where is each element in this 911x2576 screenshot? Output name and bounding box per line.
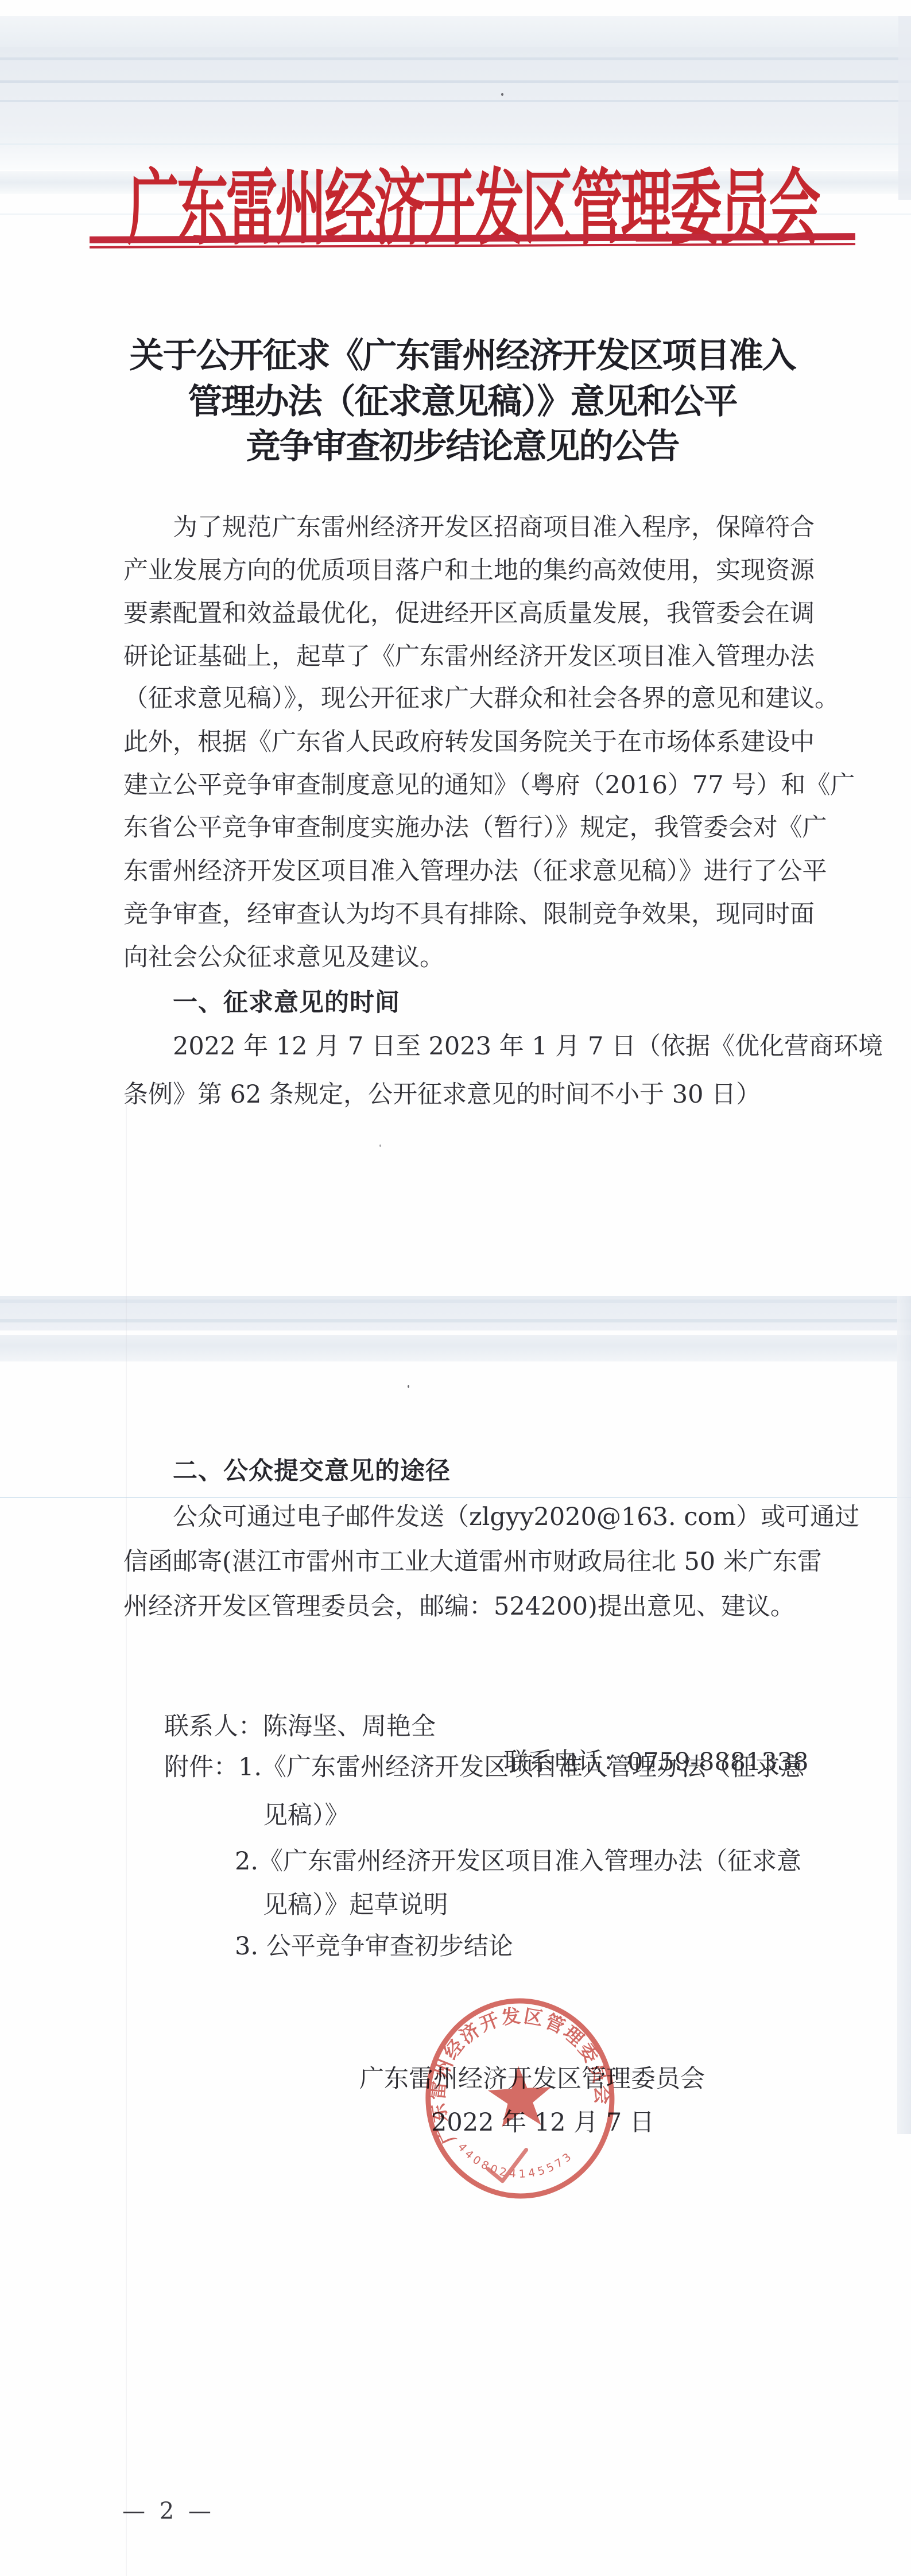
doc-title-line-1: 关于公开征求《广东雷州经济开发区项目准入 [7, 328, 911, 378]
body-line: 州经济开发区管理委员会，邮编：524200)提出意见、建议。 [123, 1589, 812, 1624]
contact-person-names: 陈海坚、周艳全 [263, 1712, 436, 1741]
seal-serial: 4408024145573 [455, 2135, 577, 2184]
body-line: 要素配置和效益最优化，促进经开区高质量发展，我管委会在调 [123, 596, 812, 631]
scan-band-page-break [0, 1335, 911, 1361]
body-line: 公众可通过电子邮件发送（zlgyy2020@163. com）或可通过 [123, 1499, 862, 1535]
scan-speck [501, 93, 503, 96]
attachment-2-no: 2. [235, 1847, 258, 1876]
body-line: 建立公平竞争审查制度意见的通知》（粤府（2016）77 号）和《广 [123, 767, 812, 803]
body-line: 竞争审查，经审查认为均不具有排除、限制竞争效果，现同时面 [123, 897, 812, 932]
contact-row: 联系人：陈海坚、周艳全 联系电话：0759-8881338 [123, 1673, 812, 1815]
body-line: 产业发展方向的优质项目落户和土地的集约高效使用，实现资源 [123, 553, 812, 588]
doc-title-line-3: 竞争审查初步结论意见的公告 [7, 419, 911, 468]
attachment-3-text: 公平竞争审查初步结论 [266, 1932, 513, 1961]
attachments-label: 附件： [164, 1753, 238, 1782]
contact-person-label: 联系人： [164, 1712, 263, 1741]
doc-title-line-2: 管理办法（征求意见稿）》意见和公平 [7, 374, 911, 424]
scan-band-top [0, 16, 911, 47]
attachment-2-continuation: 见稿）》起草说明 [263, 1887, 911, 1923]
attachments-line-1: 附件：1.《广东雷州经济开发区项目准入管理办法（征求意 [164, 1749, 853, 1785]
body-line: 条例》第 62 条规定，公开征求意见的时间不小于 30 日） [123, 1077, 812, 1112]
scan-band-top [0, 47, 911, 132]
attachment-3-no: 3. [235, 1932, 258, 1961]
scan-fold-line [126, 1091, 127, 2576]
scan-hairline [0, 1497, 911, 1498]
body-line: 向社会公众征求意见及建议。 [123, 940, 812, 975]
body-line: 信函邮寄(湛江市雷州市工业大道雷州市财政局往北 50 米广东雷 [123, 1544, 812, 1580]
body-line: （征求意见稿）》，现公开征求广大群众和社会各界的意见和建议。 [123, 681, 812, 716]
body-line: 东省公平竞争审查制度实施办法（暂行）》规定，我管委会对《广 [123, 810, 812, 845]
body-line: 研论证基础上，起草了《广东雷州经济开发区项目准入管理办法 [123, 639, 812, 674]
scan-band-page-break [0, 1296, 911, 1330]
official-seal: 广东雷州经济开发区管理委员会 4408024145573 [409, 1992, 631, 2208]
contact-person: 联系人：陈海坚、周艳全 [164, 1709, 436, 1744]
svg-text:4408024145573: 4408024145573 [455, 2135, 577, 2184]
body-line: 2022 年 12 月 7 日至 2023 年 1 月 7 日（依据《优化营商环… [123, 1029, 862, 1064]
section-1-heading: 一、征求意见的时间 [123, 985, 862, 1021]
attachment-1-continuation: 见稿）》 [263, 1798, 911, 1833]
body-line: 东雷州经济开发区项目准入管理办法（征求意见稿）》进行了公平 [123, 854, 812, 889]
attachment-1-no: 1. [238, 1753, 262, 1782]
scan-speck [408, 1385, 409, 1388]
attachment-2-text: 《广东雷州经济开发区项目准入管理办法（征求意 [258, 1847, 801, 1876]
scan-speck [379, 1145, 381, 1147]
scan-edge-strip [897, 1296, 911, 2134]
attachments-line-3: 3. 公平竞争审查初步结论 [235, 1929, 911, 1964]
attachments-line-2: 2.《广东雷州经济开发区项目准入管理办法（征求意 [235, 1844, 911, 1879]
attachment-1-text: 《广东雷州经济开发区项目准入管理办法（征求意 [262, 1753, 805, 1782]
section-2-heading: 二、公众提交意见的途径 [123, 1453, 862, 1489]
body-line: 为了规范广东雷州经济开发区招商项目准入程序，保障符合 [123, 510, 862, 545]
seal-star-icon [487, 2064, 553, 2128]
page-number: — 2 — [122, 2498, 215, 2524]
scanned-document-page: 广东雷州经济开发区管理委员会 关于公开征求《广东雷州经济开发区项目准入 管理办法… [0, 0, 911, 2576]
body-line: 此外，根据《广东省人民政府转发国务院关于在市场体系建设中 [123, 724, 812, 760]
